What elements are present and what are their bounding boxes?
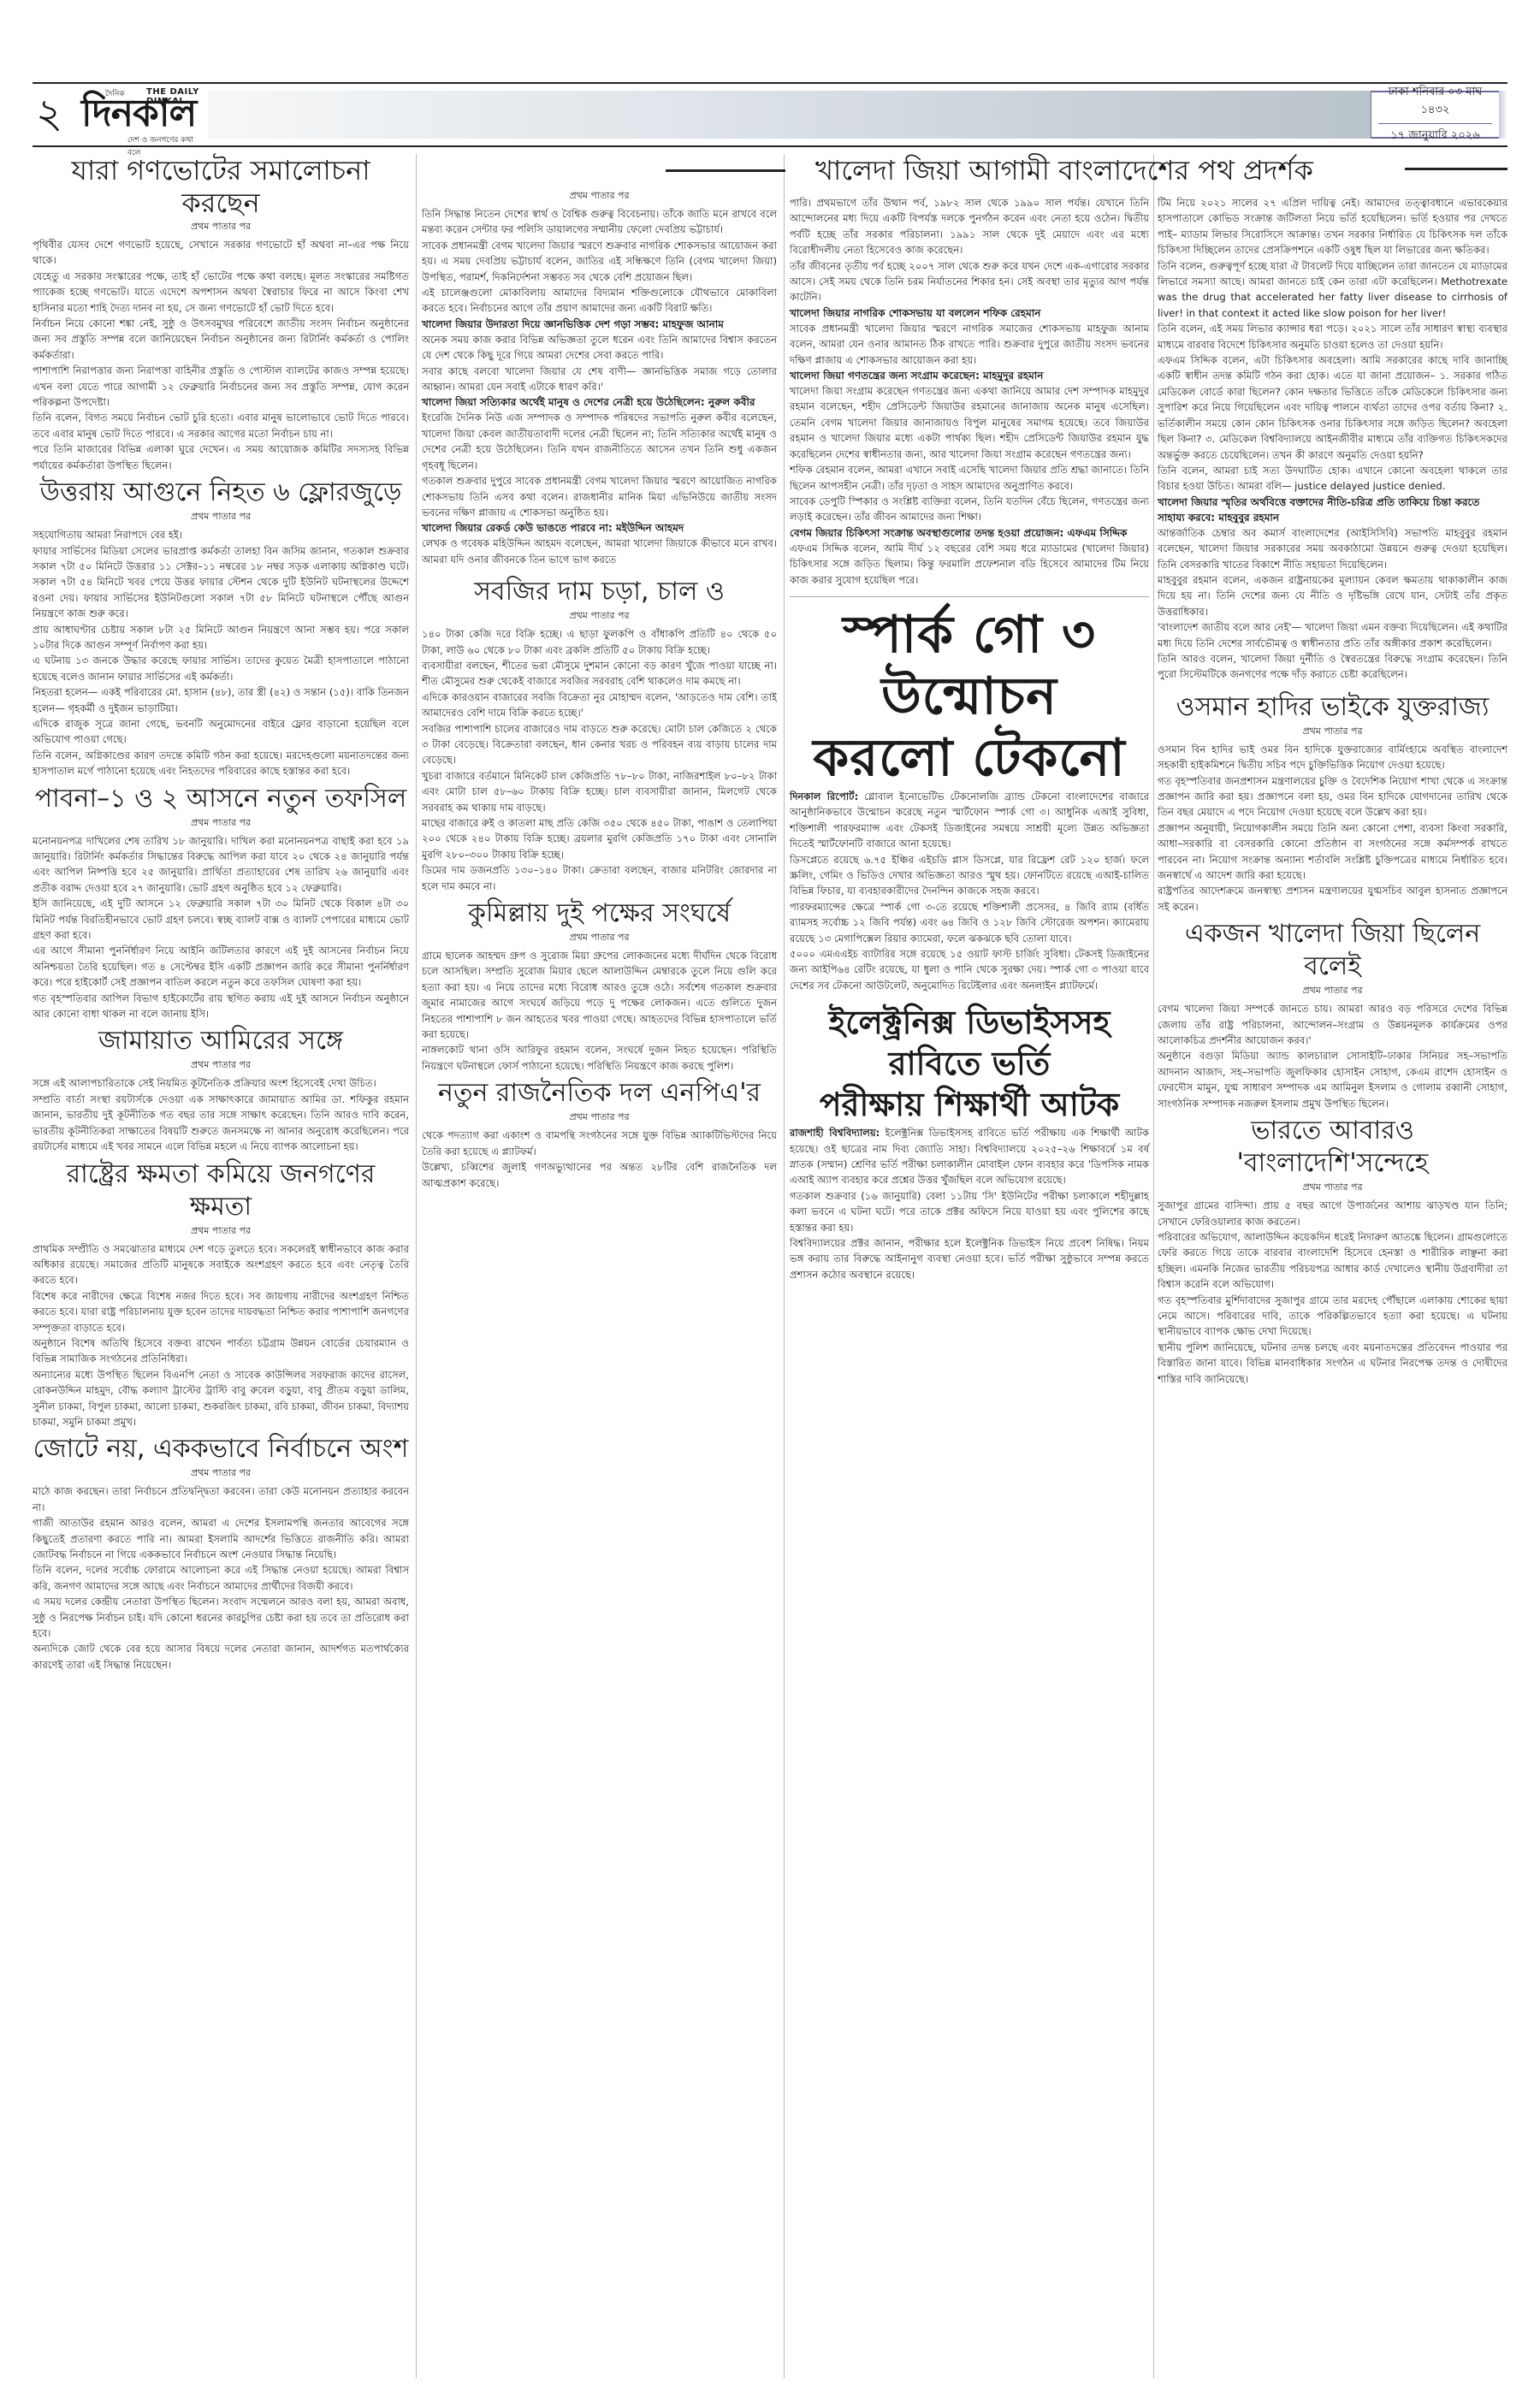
article-rashtro: রাষ্ট্রের ক্ষমতা কমিয়ে জনগণের ক্ষমতা প্…: [33, 1158, 409, 1430]
column-divider: [784, 154, 785, 2378]
continued-label: প্রথম পাতার পর: [1158, 983, 1507, 999]
subheading: খালেদা জিয়ার রেকর্ড কেউ ভাঙতে পারবে না:…: [422, 520, 777, 536]
article-sobji: সবজির দাম চড়া, চাল ও প্রথম পাতার পর ১৪০…: [422, 576, 777, 894]
paragraph: সম্প্রতি বার্তা সংস্থা রয়টার্সকে দেওয়া…: [33, 1092, 409, 1155]
paragraph: সাবেক ডেপুটি স্পিকার ও সংশ্লিষ্ট ব্যক্তি…: [790, 494, 1149, 525]
paragraph: এফএম সিদ্দিক বলেন, এটা চিকিৎসার অবহেলা। …: [1158, 352, 1507, 463]
column-2: প্রথম পাতার পর তিনি সিদ্ধান্ত নিতেন দেশে…: [422, 154, 777, 1191]
paragraph: ফায়ার সার্ভিসের মিডিয়া সেলের ভারপ্রাপ্…: [33, 543, 409, 622]
headline: একজন খালেদা জিয়া ছিলেন বলেই: [1158, 918, 1507, 983]
paragraph: অন্যান্যের মধ্যে উপস্থিত ছিলেন বিএনপি নে…: [33, 1367, 409, 1430]
article-osman-hadi: ওসমান হাদির ভাইকে যুক্তরাজ্য প্রথম পাতার…: [1158, 691, 1507, 915]
continued-label: প্রথম পাতার পর: [422, 188, 777, 204]
headline: নতুন রাজনৈতিক দল এনপিএ'র: [422, 1077, 777, 1110]
paragraph: মাছের বাজারে রুই ও কাতলা মাছ প্রতি কেজি …: [422, 815, 777, 862]
headline-line-1: স্পার্ক গো ৩ উন্মোচন: [790, 604, 1149, 727]
paragraph: সুজাপুর গ্রামের বাসিন্দা। প্রায় ৫ বছর আ…: [1158, 1198, 1507, 1229]
paragraph: ব্যবসায়ীরা বলছেন, শীতের ভরা মৌসুমে দুশম…: [422, 658, 777, 690]
paragraph: অনেক সময় কাজ করার বিভিন্ন অভিজ্ঞতা তুলে…: [422, 332, 777, 364]
continued-label: প্রথম পাতার পর: [33, 1465, 409, 1482]
headline: সবজির দাম চড়া, চাল ও: [422, 576, 777, 608]
paragraph: খালেদা জিয়া সংগ্রাম করেছেন গণতন্ত্রের জ…: [790, 383, 1149, 462]
paragraph: বিশ্ববিদ্যালয়ের প্রক্টর জানান, পরীক্ষার…: [790, 1235, 1149, 1282]
paragraph: তাঁর জীবনের তৃতীয় পর্ব হচ্ছে ২০০৭ সাল থ…: [790, 258, 1149, 305]
paragraph: সাবেক প্রধানমন্ত্রী খালেদা জিয়ার স্মরণে…: [790, 321, 1149, 368]
continued-label: প্রথম পাতার পর: [33, 509, 409, 525]
paragraph: লেখক ও গবেষক মহিউদ্দিন আহমদ বলেছেন, আমরা…: [422, 536, 777, 567]
subheading: বেগম জিয়ার চিকিৎসা সংক্রান্ত অবস্থাগুলো…: [790, 525, 1149, 541]
column-1: যারা গণভোটের সমালোচনা করছেন প্রথম পাতার …: [33, 154, 409, 1673]
paragraph: প্রজ্ঞাপন অনুযায়ী, নিয়োগকালীন সময়ে তি…: [1158, 820, 1507, 884]
paragraph: তিনি বলেন, গুরুত্বপূর্ণ হচ্ছে যারা ঐ টাব…: [1158, 258, 1507, 322]
paragraph: গত বৃহস্পতিবার মুর্শিদাবাদের সুজাপুর গ্র…: [1158, 1293, 1507, 1340]
dateline: রাজশাহী বিশ্ববিদ্যালয়:: [790, 1127, 880, 1139]
subheading: খালেদা জিয়ার স্মৃতির অর্থবিত্তে বক্তাদে…: [1158, 494, 1507, 525]
paragraph: পারি। প্রথমভাগে তাঁর উত্থান পর্ব, ১৯৮২ স…: [790, 195, 1149, 258]
paragraph: এফএম সিদ্দিক বলেন, আমি দীর্ঘ ১২ বছরের বে…: [790, 541, 1149, 588]
paragraph: ওসমান বিন হাদির ভাই ওমর বিন হাদিকে যুক্ত…: [1158, 742, 1507, 773]
article-khaleda-part3: টিম নিয়ে ২০২১ সালের ২৭ এপ্রিল দায়িত্ব …: [1158, 195, 1507, 683]
continued-label: প্রথম পাতার পর: [422, 930, 777, 946]
logo-bengali-text: দিনকাল: [81, 94, 196, 133]
paragraph: অন্যদিকে জোট থেকে বের হয়ে আসার বিষয়ে দ…: [33, 1641, 409, 1673]
paragraph: মাঠে কাজ করছেন। তারা নির্বাচনে প্রতিদ্বন…: [33, 1483, 409, 1515]
headline: পাবনা–১ ও ২ আসনে নতুন তফসিল: [33, 783, 409, 815]
continued-label: প্রথম পাতার পর: [33, 815, 409, 832]
paragraph: গত বৃহস্পতিবার জনপ্রশাসন মন্ত্রণালয়ের চ…: [1158, 773, 1507, 820]
continued-label: প্রথম পাতার পর: [422, 1110, 777, 1126]
paragraph: বেগম খালেদা জিয়া সম্পর্কে জানতে চায়। আ…: [1158, 1001, 1507, 1048]
subheading: খালেদা জিয়া গণতন্ত্রের জন্য সংগ্রাম করে…: [790, 368, 1149, 383]
paragraph: গত বৃহস্পতিবার আপিল বিভাগ হাইকোর্টের রায…: [33, 991, 409, 1022]
paragraph: এর আগে সীমানা পুনর্নির্ধারণ নিয়ে আইনি জ…: [33, 943, 409, 990]
paragraph: টিম নিয়ে ২০২১ সালের ২৭ এপ্রিল দায়িত্ব …: [1158, 195, 1507, 258]
paragraph: অনুষ্ঠানে বগুড়া মিডিয়া অ্যান্ড কালচারা…: [1158, 1048, 1507, 1111]
paragraph: উল্লেখ্য, চব্বিশের জুলাই গণঅভ্যুত্থানের …: [422, 1159, 777, 1191]
article-jote: জোটে নয়, এককভাবে নির্বাচনে অংশ প্রথম পা…: [33, 1433, 409, 1673]
paragraph: তিনি সিদ্ধান্ত নিতেন দেশের স্বার্থ ও বৈশ…: [422, 206, 777, 238]
headline-line-2: পরীক্ষায় শিক্ষার্থী আটক: [790, 1084, 1149, 1125]
paragraph: তিনি বলেন, অগ্নিকাণ্ডের কারণ তদন্তে কমিট…: [33, 748, 409, 779]
date-bangla: ঢাকা শনিবার ০৩ মাঘ ১৪৩২: [1378, 84, 1492, 124]
article-rabi: ইলেক্ট্রনিক্স ডিভাইসসহ রাবিতে ভর্তি পরীক…: [790, 1002, 1149, 1282]
masthead: ২ দৈনিক THE DAILY DINKAL দিনকাল দেশ ও জন…: [33, 82, 1507, 147]
paragraph: সহযোগিতায় আমরা নিরাপদে বের হই।: [33, 527, 409, 542]
article-khaleda-part1: তিনি সিদ্ধান্ত নিতেন দেশের স্বার্থ ও বৈশ…: [422, 206, 777, 567]
article-cumilla: কুমিল্লায় দুই পক্ষের সংঘর্ষে প্রথম পাতা…: [422, 897, 777, 1074]
continued-label: প্রথম পাতার পর: [33, 1223, 409, 1240]
paragraph: পরে তিনি মাজারের বিভিন্ন এলাকা ঘুরে দেখে…: [33, 441, 409, 473]
paragraph: খুচরা বাজারে বর্তমানে মিনিকেট চাল কেজিপ্…: [422, 768, 777, 815]
paragraph: তিনি বলেন, বিগত সময়ে নির্বাচন ভোট চুরি …: [33, 410, 409, 441]
dateline: দিনকাল রিপোর্ট:: [790, 790, 858, 802]
continued-label: প্রথম পাতার পর: [1158, 724, 1507, 740]
headline-rule: [666, 169, 785, 172]
column-divider: [1153, 154, 1154, 2378]
paragraph: ১৪০ টাকা কেজি দরে বিক্রি হচ্ছে। এ ছাড়া …: [422, 626, 777, 658]
paragraph: পাশাপাশি নিরাপত্তার জন্য নিরাপত্তা বাহিন…: [33, 363, 409, 410]
paragraph: প্রাথমিক সম্প্রীতি ও সমঝোতার মাধ্যমে দেশ…: [33, 1241, 409, 1288]
paragraph: সঙ্গে এই আলাপচারিতাকে সেই নিয়মিত কূটনৈত…: [33, 1075, 409, 1091]
headline-line-1: ইলেক্ট্রনিক্স ডিভাইসসহ রাবিতে ভর্তি: [790, 1002, 1149, 1084]
subheading: খালেদা জিয়া সত্যিকার অর্থেই মানুষ ও দেশ…: [422, 394, 777, 410]
paragraph: গতকাল শুক্রবার (১৬ জানুয়ারি) বেলা ১১টায…: [790, 1188, 1149, 1235]
column-4: টিম নিয়ে ২০২১ সালের ২৭ এপ্রিল দায়িত্ব …: [1158, 154, 1507, 1387]
newspaper-page: ২ দৈনিক THE DAILY DINKAL দিনকাল দেশ ও জন…: [33, 82, 1507, 147]
headline-line-2: করলো টেকনো: [790, 727, 1149, 789]
masthead-gradient-band: [208, 91, 1371, 139]
paragraph: ইংরেজি দৈনিক নিউ এজ সম্পাদক ও সম্পাদক পর…: [422, 410, 777, 473]
paragraph: তিনি বলেন, আমরা চাই সত্য উদঘাটিত হোক। এখ…: [1158, 463, 1507, 494]
paragraph: গ্রামে ছালেক আহম্মদ গ্রুপ ও সুরোজ মিয়া …: [422, 948, 777, 1042]
continued-label: প্রথম পাতার পর: [33, 219, 409, 235]
paragraph: যেহেতু এ সরকার সংস্কারের পক্ষে, তাই হাঁ …: [33, 269, 409, 316]
continued-label: প্রথম পাতার পর: [33, 1057, 409, 1074]
paragraph: পৃথিবীর যেসব দেশে গণভোট হয়েছে, সেখানে স…: [33, 237, 409, 269]
article-khaleda-part2: পারি। প্রথমভাগে তাঁর উত্থান পর্ব, ১৯৮২ স…: [790, 195, 1149, 588]
paragraph: নাঙ্গলকোট থানা ওসি আরিফুর রহমান বলেন, সং…: [422, 1042, 777, 1074]
paragraph: ডিসপ্লেতে রয়েছে ৬.৭৫ ইঞ্চির এইচডি প্লাস…: [790, 852, 1149, 899]
headline-rule: [1405, 168, 1507, 170]
column-3: খালেদা জিয়া আগামী বাংলাদেশের পথ প্রদর্শ…: [790, 154, 1149, 1282]
headline: ভারতে আবারও 'বাংলাদেশি'সন্দেহে: [1158, 1115, 1507, 1180]
paragraph: সাবেক প্রধানমন্ত্রী বেগম খালেদা জিয়ার স…: [422, 238, 777, 285]
article-ncp: নতুন রাজনৈতিক দল এনপিএ'র প্রথম পাতার পর …: [422, 1077, 777, 1191]
paragraph: শফিক রেহমান বলেন, আমরা এখানে সবাই এসেছি …: [790, 462, 1149, 494]
article-bharat: ভারতে আবারও 'বাংলাদেশি'সন্দেহে প্রথম পাত…: [1158, 1115, 1507, 1387]
paragraph: রাষ্ট্রপতির আদেশক্রমে জনস্বাস্থ্য প্রশাস…: [1158, 883, 1507, 915]
paragraph: মাহবুবুর রহমান বলেন, একজন রাষ্ট্রনায়কের…: [1158, 572, 1507, 619]
paragraph: 'বাংলাদেশ জাতীয় বলে আর নেই'— খালেদা জিয…: [1158, 619, 1507, 651]
paragraph: এদিকে কারওয়ান বাজারের সবজি বিক্রেতা নুর…: [422, 690, 777, 721]
paragraph: মনোনয়নপত্র দাখিলের শেষ তারিখ ১৮ জানুয়া…: [33, 833, 409, 897]
continued-label: প্রথম পাতার পর: [1158, 1180, 1507, 1196]
paragraph: পরিবারের অভিযোগ, আলাউদ্দিন কয়েকদিন ধরেই…: [1158, 1229, 1507, 1293]
paragraph: পারফরম্যান্সের ক্ষেত্রে স্পার্ক গো ৩-তে …: [790, 899, 1149, 946]
subheading: খালেদা জিয়ার উদারতা দিয়ে জ্ঞানভিত্তিক …: [422, 317, 777, 332]
headline: জোটে নয়, এককভাবে নির্বাচনে অংশ: [33, 1433, 409, 1465]
date-box-edge: [1499, 91, 1507, 139]
headline: ওসমান হাদির ভাইকে যুক্তরাজ্য: [1158, 691, 1507, 724]
headline: জামায়াত আমিরের সঙ্গে: [33, 1025, 409, 1057]
headline: উত্তরায় আগুনে নিহত ৬ ফ্লোরজুড়ে: [33, 477, 409, 509]
paragraph: গাজী আতাউর রহমান আরও বলেন, আমরা এ দেশের …: [33, 1515, 409, 1562]
headline: যারা গণভোটের সমালোচনা করছেন: [33, 154, 409, 219]
paragraph: সবার কাছে বলবো খালেদা জিয়ার যে শেষ বাণী…: [422, 364, 777, 395]
article-uttara-fire: উত্তরায় আগুনে নিহত ৬ ফ্লোরজুড়ে প্রথম প…: [33, 477, 409, 779]
paragraph: থেকে পদত্যাগ করা একাংশ ও বামপন্থি সংগঠনে…: [422, 1128, 777, 1159]
paragraph: প্রায় আধাঘণ্টার চেষ্টায় সকাল ৮টা ২৫ মি…: [33, 622, 409, 654]
newspaper-logo: দৈনিক THE DAILY DINKAL দিনকাল দেশ ও জনগণ…: [80, 84, 208, 145]
paragraph: এই চালেঞ্জগুলো মোকাবিলায় আমাদের বিদ্যমা…: [422, 285, 777, 317]
paragraph: বিশেষ করে নারীদের ক্ষেত্রে বিশেষ নজর দিত…: [33, 1288, 409, 1335]
paragraph: অনুষ্ঠানে বিশেষ অতিথি হিসেবে বক্তব্য রাখ…: [33, 1335, 409, 1367]
subheading: খালেদা জিয়ার নাগরিক শোকসভায় যা বললেন শ…: [790, 305, 1149, 321]
paragraph: সবজির পাশাপাশি চালের বাজারেও দাম বাড়তে …: [422, 721, 777, 768]
headline: রাষ্ট্রের ক্ষমতা কমিয়ে জনগণের ক্ষমতা: [33, 1158, 409, 1223]
paragraph: ইসি জানিয়েছে, এই দুটি আসনে ১২ ফেব্রুয়া…: [33, 896, 409, 943]
paragraph: নির্বাচন নিয়ে কোনো শঙ্কা নেই, সুষ্ঠু ও …: [33, 316, 409, 363]
column-divider: [416, 154, 417, 2378]
page-number: ২: [33, 84, 80, 145]
paragraph: নিহতরা হলেন— একই পরিবারের মো. হাসান (৪৮)…: [33, 684, 409, 716]
paragraph: স্থানীয় পুলিশ জানিয়েছে, ঘটনার তদন্ত চল…: [1158, 1340, 1507, 1387]
headline: কুমিল্লায় দুই পক্ষের সংঘর্ষে: [422, 897, 777, 930]
paragraph: ৫০০০ এমএএইচ ব্যাটারির সঙ্গে রয়েছে ১৫ ওয…: [790, 946, 1149, 993]
paragraph: এ সময় দলের কেন্দ্রীয় নেতারা উপস্থিত ছি…: [33, 1594, 409, 1641]
article-gonovote: যারা গণভোটের সমালোচনা করছেন প্রথম পাতার …: [33, 154, 409, 473]
paragraph: তিনি বলেন, এই সময় লিভার ক্যান্সার ধরা প…: [1158, 321, 1507, 352]
article-ekjon-khaleda: একজন খালেদা জিয়া ছিলেন বলেই প্রথম পাতার…: [1158, 918, 1507, 1111]
date-box: ঢাকা শনিবার ০৩ মাঘ ১৪৩২ ১৭ জানুয়ারি ২০২…: [1371, 91, 1499, 139]
paragraph: গতকাল শুক্রবার দুপুরে সাবেক প্রধানমন্ত্র…: [422, 473, 777, 520]
paragraph: আন্তর্জাতিক চেম্বার অব কমার্স বাংলাদেশের…: [1158, 525, 1507, 572]
paragraph: এদিকে রাজুক সূত্রে জানা গেছে, ভবনটি অনুম…: [33, 716, 409, 748]
continued-label: প্রথম পাতার পর: [422, 608, 777, 625]
paragraph: ডিমের দাম ডজনপ্রতি ১৩০–১৪০ টাকা। ক্রেতার…: [422, 862, 777, 894]
paragraph: তিনি বলেন, দলের সর্বোচ্চ ফোরামে আলোচনা ক…: [33, 1562, 409, 1594]
paragraph: এ ঘটনায় ১৩ জনকে উদ্ধার করেছে ফায়ার সার…: [33, 653, 409, 684]
date-english: ১৭ জানুয়ারি ২০২৬: [1371, 124, 1499, 145]
article-jamaat: জামায়াত আমিরের সঙ্গে প্রথম পাতার পর সঙ্…: [33, 1025, 409, 1154]
article-pabna: পাবনা–১ ও ২ আসনে নতুন তফসিল প্রথম পাতার …: [33, 783, 409, 1022]
article-spark-go-3: স্পার্ক গো ৩ উন্মোচন করলো টেকনো দিনকাল র…: [790, 596, 1149, 993]
paragraph: তিনি আরও বলেন, খালেদা জিয়া দুর্নীতি ও স…: [1158, 651, 1507, 683]
